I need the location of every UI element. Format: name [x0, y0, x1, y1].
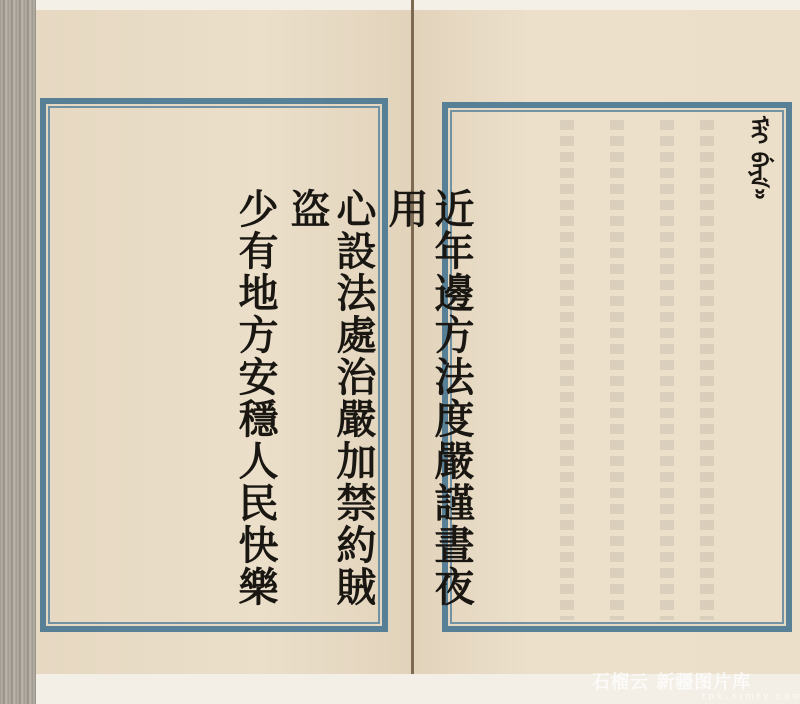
text-column-1: 近年邊方法度嚴謹晝夜用: [382, 188, 474, 628]
bleed-through-column: [700, 120, 714, 620]
watermark-url: tpk.xjmty.com: [702, 692, 800, 702]
text-column-3: 少有地方安穩人民快樂: [232, 188, 278, 628]
text-column-2: 心設法處治嚴加禁約賊盗: [284, 188, 376, 628]
manchu-text: ᠮᡝᡳ ᠪᡝᠶᡝ᠉: [738, 116, 776, 200]
top-background: [36, 0, 800, 10]
book-spread: 近年邊方法度嚴謹晝夜用 心設法處治嚴加禁約賊盗 少有地方安穩人民快樂 ᠮᡝᡳ ᠪ…: [0, 0, 800, 704]
chinese-text-block: 近年邊方法度嚴謹晝夜用 心設法處治嚴加禁約賊盗 少有地方安穩人民快樂: [232, 188, 474, 628]
watermark-text: 石榴云 新疆图片库: [592, 672, 751, 693]
watermark: 石榴云 新疆图片库 tpk.xjmty.com: [592, 668, 800, 702]
bleed-through-column: [560, 120, 574, 620]
page-edges: [0, 0, 36, 704]
bleed-through-column: [610, 120, 624, 620]
bleed-through-column: [660, 120, 674, 620]
